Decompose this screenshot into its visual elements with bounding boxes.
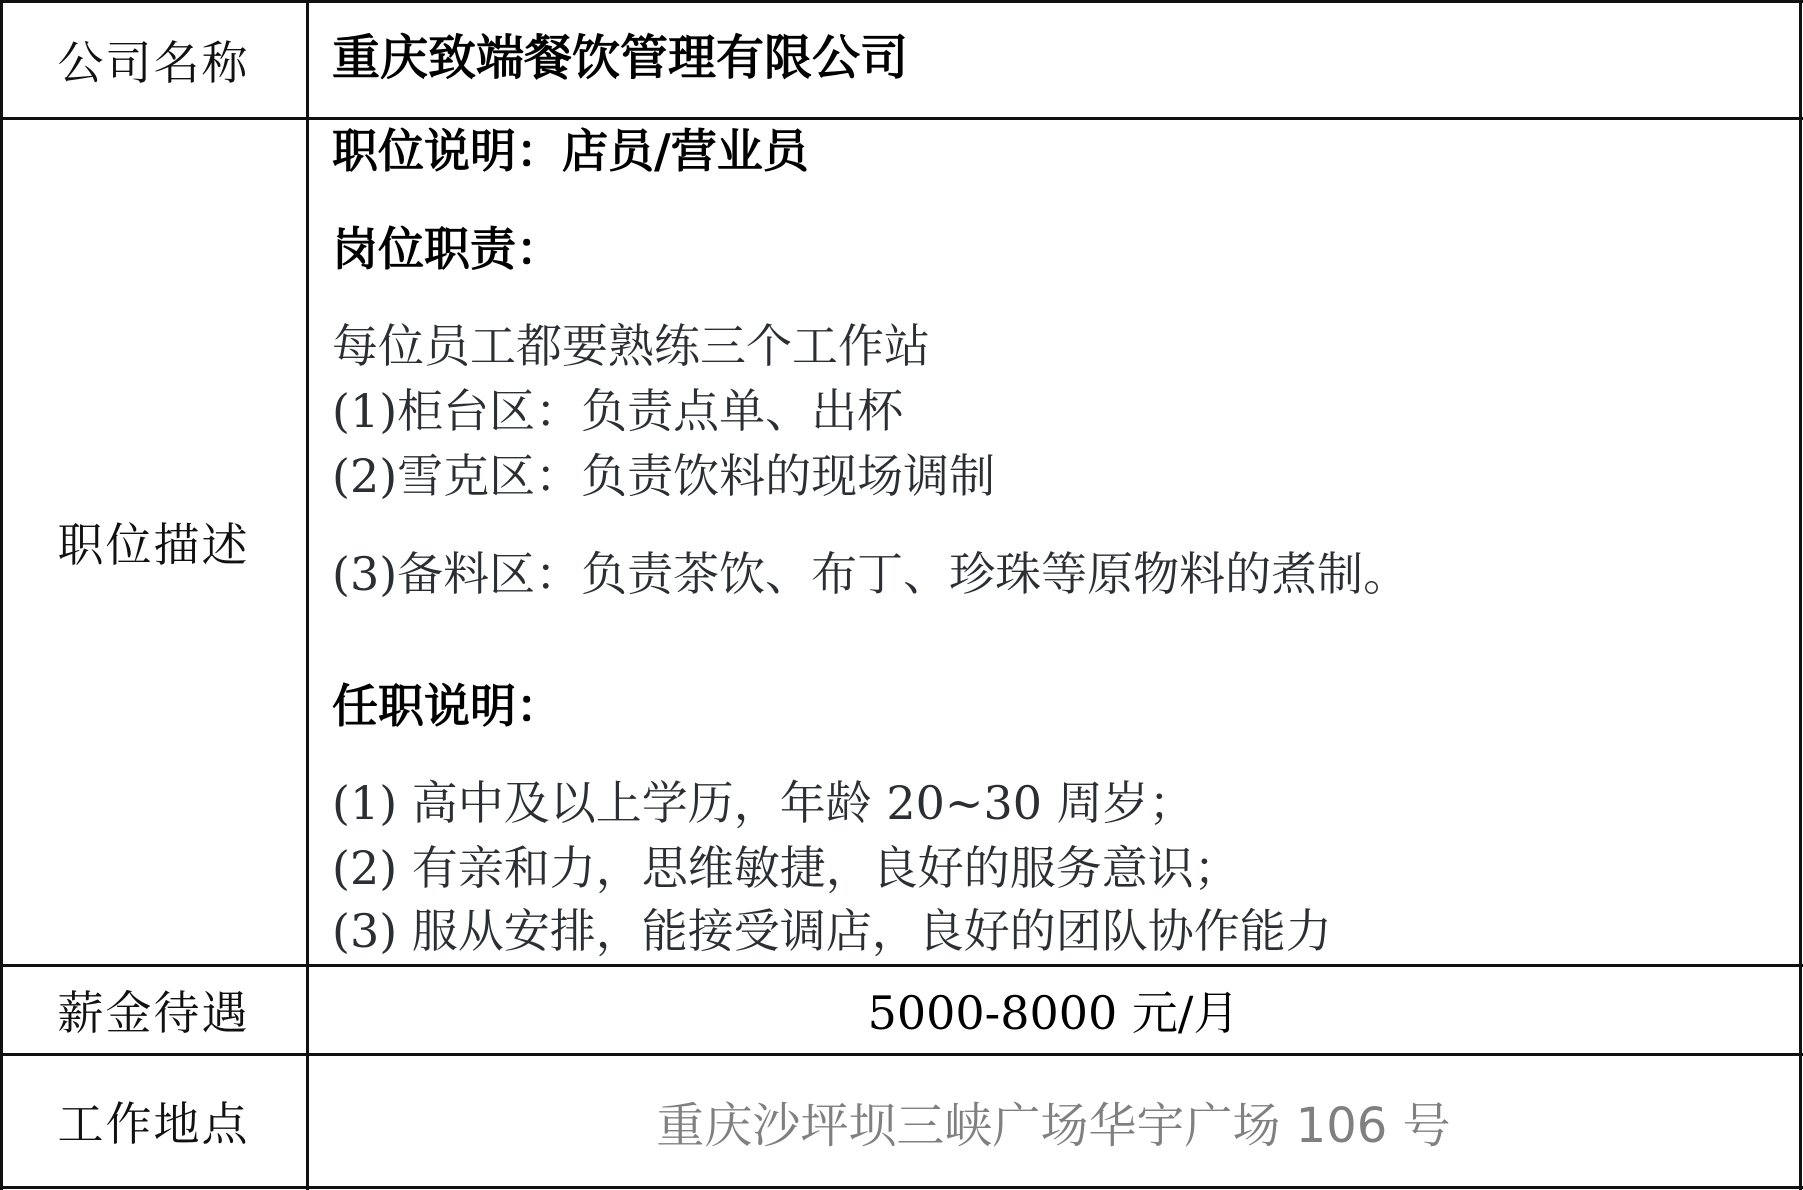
- requirement-line: (1) 高中及以上学历，年龄 20~30 周岁；: [332, 780, 1195, 826]
- company-name-label: 公司名称: [0, 3, 307, 117]
- job-posting-table: 公司名称 重庆致端餐饮管理有限公司 职位描述 职位说明：店员/营业员 岗位职责：…: [0, 0, 1803, 1190]
- duty-line: 每位员工都要熟练三个工作站: [332, 323, 930, 369]
- requirements-heading: 任职说明：: [332, 683, 562, 729]
- salary-value: 5000-8000 元/月: [307, 967, 1800, 1053]
- duty-line: (2)雪克区：负责饮料的现场调制: [332, 453, 995, 499]
- work-location-value: 重庆沙坪坝三峡广场华宇广场 106 号: [307, 1056, 1800, 1186]
- work-location-label: 工作地点: [0, 1056, 307, 1186]
- duties-heading: 岗位职责：: [332, 226, 562, 272]
- position-title: 职位说明：店员/营业员: [332, 128, 809, 174]
- job-description-label: 职位描述: [0, 120, 307, 964]
- requirement-line: (3) 服从安排，能接受调店，良好的团队协作能力: [332, 908, 1332, 954]
- table-border-bottom: [0, 1186, 1803, 1189]
- salary-label: 薪金待遇: [0, 967, 307, 1053]
- requirement-line: (2) 有亲和力，思维敏捷，良好的服务意识；: [332, 845, 1240, 891]
- duty-line: (3)备料区：负责茶饮、布丁、珍珠等原物料的煮制。: [332, 551, 1409, 597]
- company-name-value: 重庆致端餐饮管理有限公司: [332, 34, 908, 82]
- duty-line: (1)柜台区：负责点单、出杯: [332, 388, 903, 434]
